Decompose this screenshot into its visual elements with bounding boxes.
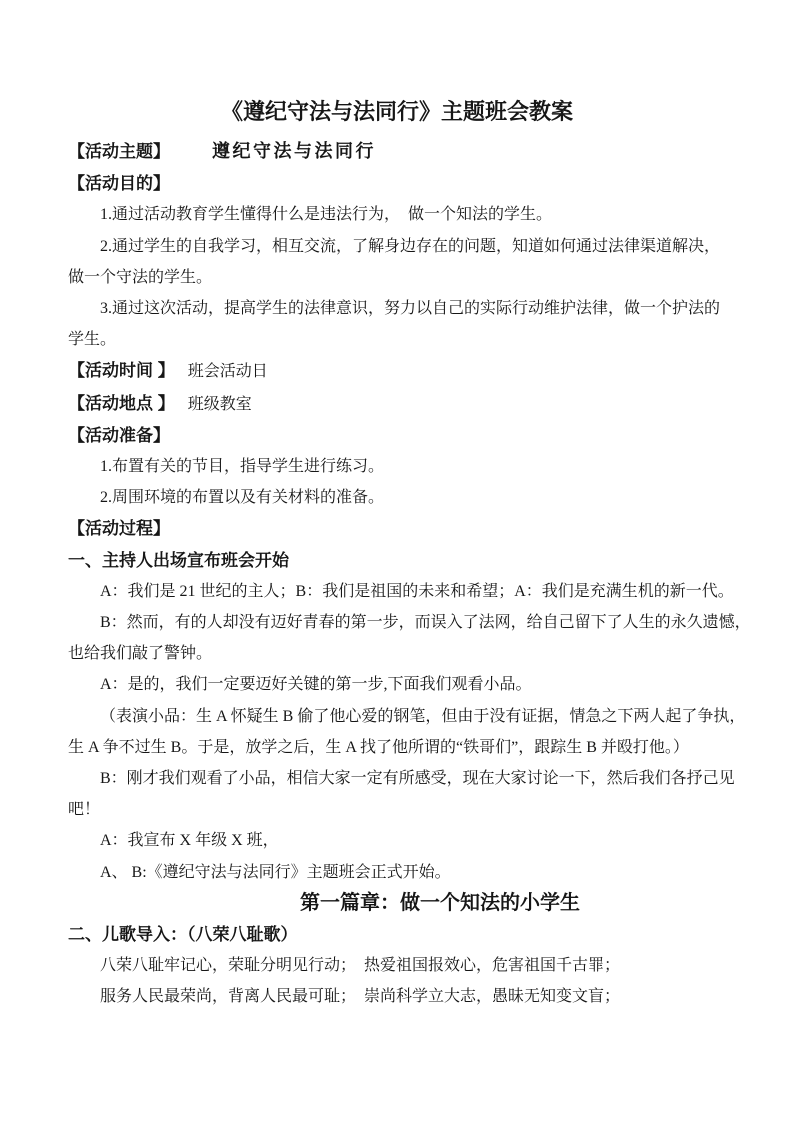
section-2-heading: 二、儿歌导入：（八荣八耻歌） (68, 919, 726, 950)
preparation-item-2: 2.周围环境的布置以及有关材料的准备。 (68, 482, 726, 513)
activity-process-heading: 【活动过程】 (68, 513, 726, 544)
dialogue-line-1: A：我们是 21 世纪的主人；B：我们是祖国的未来和希望；A：我们是充满生机的新… (68, 576, 726, 607)
activity-theme-value: 遵纪守法与法同行 (212, 141, 376, 161)
document-title: 《遵纪守法与法同行》主题班会教案 (68, 99, 726, 125)
activity-theme-label: 【活动主题】 (68, 142, 170, 161)
section-1-heading: 一、主持人出场宣布班会开始 (68, 545, 726, 576)
activity-place-value: 班级教室 (188, 396, 252, 413)
dialogue-line-5: A：我宣布 X 年级 X 班， (68, 825, 726, 856)
activity-time-value: 班会活动日 (188, 363, 268, 380)
dialogue-line-6: A、 B:《遵纪守法与法同行》主题班会正式开始。 (68, 857, 726, 888)
song-line-2: 服务人民最荣尚，背离人民最可耻； 崇尚科学立大志，愚昧无知变文盲； (68, 981, 726, 1012)
activity-purpose-heading: 【活动目的】 (68, 168, 726, 199)
preparation-item-1: 1.布置有关的节目，指导学生进行练习。 (68, 451, 726, 482)
song-line-1: 八荣八耻牢记心，荣耻分明见行动； 热爱祖国报效心，危害祖国千古罪； (68, 950, 726, 981)
skit-description: （表演小品：生 A 怀疑生 B 偷了他心爱的钢笔，但由于没有证据，情急之下两人起… (68, 701, 726, 763)
activity-time-label: 【活动时间 】 (68, 361, 175, 380)
document-body: 【活动主题】遵纪守法与法同行 【活动目的】 1.通过活动教育学生懂得什么是违法行… (68, 136, 726, 1013)
chapter-1-heading: 第一篇章：做一个知法的小学生 (68, 888, 726, 919)
activity-place-line: 【活动地点 】班级教室 (68, 388, 726, 420)
document-page: 《遵纪守法与法同行》主题班会教案 【活动主题】遵纪守法与法同行 【活动目的】 1… (0, 0, 793, 1122)
purpose-item-3: 3.通过这次活动，提高学生的法律意识，努力以自己的实际行动维护法律，做一个护法的… (68, 293, 726, 355)
purpose-item-1: 1.通过活动教育学生懂得什么是违法行为， 做一个知法的学生。 (68, 199, 726, 230)
dialogue-line-3: A：是的，我们一定要迈好关键的第一步,下面我们观看小品。 (68, 669, 726, 700)
activity-place-label: 【活动地点 】 (68, 394, 175, 413)
dialogue-line-4: B：刚才我们观看了小品，相信大家一定有所感受，现在大家讨论一下，然后我们各抒己见… (68, 763, 726, 825)
dialogue-line-2: B：然而，有的人却没有迈好青春的第一步，而误入了法网，给自己留下了人生的永久遗憾… (68, 607, 726, 669)
activity-theme-line: 【活动主题】遵纪守法与法同行 (68, 136, 726, 168)
activity-preparation-heading: 【活动准备】 (68, 420, 726, 451)
purpose-item-2: 2.通过学生的自我学习，相互交流，了解身边存在的问题，知道如何通过法律渠道解决，… (68, 231, 726, 293)
activity-time-line: 【活动时间 】班会活动日 (68, 355, 726, 387)
